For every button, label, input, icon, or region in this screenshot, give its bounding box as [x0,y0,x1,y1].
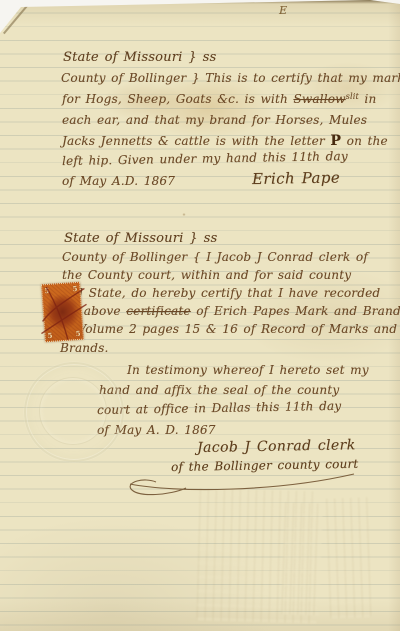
cert2-line-2: County of Bollinger { I Jacob J Conrad c… [62,250,368,264]
cert1-line-5: Jacks Jennetts & cattle is with the lett… [62,133,388,149]
scanned-document: E State of Missouri } ss County of Bolli… [0,0,400,631]
cert1-line-6: left hip. Given under my hand this 11th … [62,149,348,168]
cert2-line-5-suffix: of Erich Papes Mark and Brand [191,304,400,318]
ink-bleedthrough [326,497,372,618]
filing-mark: E [279,4,287,17]
cert1-date-line: of May A.D. 1867 [62,174,175,188]
embossed-county-seal [24,362,124,462]
pape-signature: Erich Pape [252,168,340,188]
cert1-line-4: each ear, and that my brand for Horses, … [62,113,367,127]
cert2-line-4: and State, do hereby certify that I have… [60,286,380,300]
testimonium-line-2: hand and affix the seal of the county [99,383,339,397]
embossed-seal-inner-ring [39,377,107,445]
paper-top-edge [16,0,400,4]
revenue-stamp: 5 5 5 5 [41,282,84,343]
brand-letter: P [330,133,341,149]
cert1-superscript-correction: slit [346,92,359,101]
cert2-line-5: the above certificate of Erich Papes Mar… [58,304,400,318]
clerk-signature: Jacob J Conrad clerk [197,437,356,456]
cert1-line-3: for Hogs, Sheep, Goats &c. is with Swall… [62,92,376,106]
ink-bleedthrough [281,502,323,615]
cert2-struck-word: certificate [126,304,191,318]
cert1-line-3-suffix: in [359,92,376,106]
cert2-state-line: State of Missouri } ss [64,231,217,246]
cert1-line-5-suffix: on the [341,134,388,148]
cert1-state-line: State of Missouri } ss [63,50,216,65]
cert1-line-5-prefix: Jacks Jennetts & cattle is with the lett… [62,134,330,148]
cert1-line-3-prefix: for Hogs, Sheep, Goats &c. is with [62,92,293,106]
paper-corner-edge [3,4,29,34]
testimonium-line-1: In testimony whereof I hereto set my [127,363,369,377]
stamp-cancellation-icon [36,278,90,345]
cert1-line-2: County of Bollinger } This is to certify… [61,71,400,85]
cert2-line-6: in Volume 2 pages 15 & 16 of Record of M… [60,322,397,336]
paper: E State of Missouri } ss County of Bolli… [0,0,400,631]
cert1-struck-word: Swallow [293,92,345,106]
testimonium-line-3: court at office in Dallas this 11th day [97,399,342,417]
cert2-line-3: the County court, within and for said co… [62,268,351,282]
